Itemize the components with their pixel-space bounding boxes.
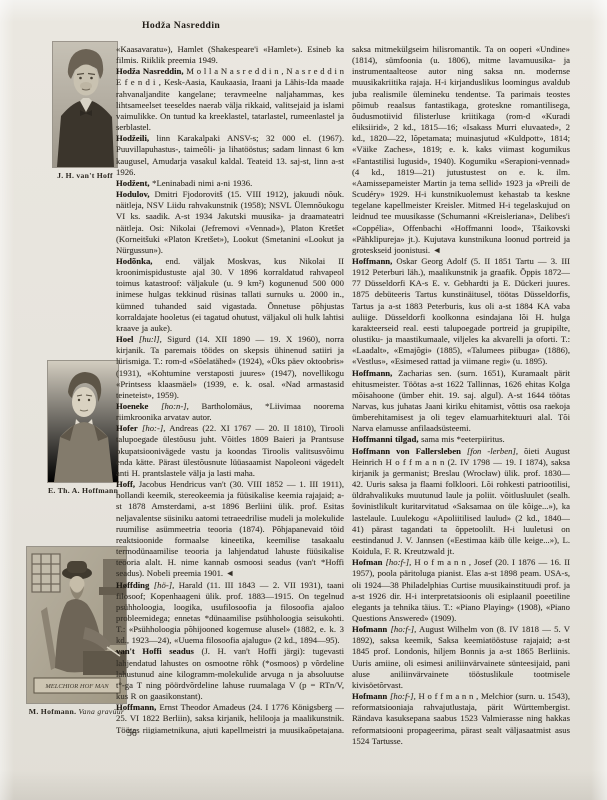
portrait-engraving-eta-hoffmann-image	[48, 361, 118, 482]
figure-caption-van-t-hoff: J. H. van't Hoff	[53, 171, 117, 180]
entry-headword: van't Hoffi seadus	[116, 646, 194, 656]
entry-body: «Kaasavaratu»), Hamlet (Shakespeare'i «H…	[116, 44, 344, 65]
entry-headword: Høffding	[116, 580, 149, 590]
entry-vant-hoffi-seadus: van't Hoffi seadus (J. H. van't Hoffi jä…	[116, 646, 344, 702]
entry-headword: Hodõnka,	[116, 256, 152, 266]
text-column-1: «Kaasavaratu»), Hamlet (Shakespeare'i «H…	[116, 44, 344, 734]
entry-hodza-nasreddin: Hodža Nasreddin, M o l l a N a s r e d d…	[116, 66, 344, 133]
caption-text: E. Th. A. Hoffmann	[48, 486, 118, 495]
entry-headword: Hoffmanni tilgad,	[352, 434, 419, 444]
entry-headword: Hoel	[116, 334, 133, 344]
entry-headword: Hodžeili,	[116, 133, 149, 143]
entry-headword: Hodulov,	[116, 189, 150, 199]
entry-headword: Hoff,	[116, 479, 135, 489]
entry-headword: Hofman	[352, 557, 382, 567]
entry-pron: [ho:f-],	[387, 624, 416, 634]
entry-headword: Hoffmann,	[116, 702, 156, 712]
entry-body: end. väljak Moskvas, kus Nikolai II kroo…	[116, 256, 344, 333]
entry-hoffmann-eta: Hoffmann, Ernst Theodor Amadeus (24. I 1…	[116, 702, 344, 734]
portrait-photo-van-t-hoff-image	[53, 42, 117, 167]
entry-body: Oskar Georg Adolf (5. II 1851 Tartu — 3.…	[352, 256, 570, 366]
entry-pron: [ho:f-],	[387, 691, 416, 701]
entry-pron: [hö-],	[149, 580, 174, 590]
entry-body: õieti August Heinrich H o f f m a n n (2…	[352, 446, 570, 556]
entry-hoffmann-von-fallersleben: Hoffmann von Fallersleben [fon -lerben],…	[352, 446, 570, 558]
entry-headword: Hoeneke	[116, 401, 148, 411]
running-header: Hodža Nasreddin	[142, 20, 220, 31]
entry-body: linn Karakalpaki ANSV-s; 32 000 el. (196…	[116, 133, 344, 176]
entry-headword: Hofmann	[352, 624, 387, 634]
entry-hoffmanni-tilgad: Hoffmanni tilgad, sama mis *eeterpiiritu…	[352, 434, 570, 445]
entry-hoffmann-eta-continued: saksa mitmekülgseim hilisromantik. Ta on…	[352, 44, 570, 256]
entry-body: Dmitri Fjodorovitš (15. VIII 1912), jaku…	[116, 189, 344, 255]
engraving-banner-text: MELCHIOR HOF MAN	[44, 683, 109, 690]
encyclopedia-page: Hodža Nasreddin J. H. van't Hoff	[0, 0, 607, 800]
entry-hodzeili: Hodžeili, linn Karakalpaki ANSV-s; 32 00…	[116, 133, 344, 178]
entry-headword: Hodžent,	[116, 178, 150, 188]
entry-pron: [hu:l],	[133, 334, 161, 344]
entry-pron: [ho:f-],	[382, 557, 411, 567]
figure-eta-hoffmann: E. Th. A. Hoffmann	[48, 361, 118, 495]
entry-headword: Hoffmann von Fallersleben	[352, 446, 461, 456]
entry-pron: [fon -lerben],	[461, 446, 518, 456]
entry-body: Jacobus Hendricus van't (30. VIII 1852 —…	[116, 479, 344, 578]
entry-headword: Hofmann	[352, 691, 387, 701]
caption-name: M. Hofmann.	[29, 707, 77, 716]
entry-hofmann-august-wilhelm: Hofmann [ho:f-], August Wilhelm von (8. …	[352, 624, 570, 691]
entry-hoffding: Høffding [hö-], Harald (11. III 1843 — 2…	[116, 580, 344, 647]
entry-pron: [ho:-],	[138, 423, 166, 433]
figure-van-t-hoff: J. H. van't Hoff	[53, 42, 117, 180]
entry-hoffmann-oskar: Hoffmann, Oskar Georg Adolf (5. II 1851 …	[352, 256, 570, 368]
figure-m-hofmann: MELCHIOR HOF MAN M. Hofmann. Vana gravüü…	[27, 547, 126, 716]
entry-body: saksa mitmekülgseim hilisromantik. Ta on…	[352, 44, 570, 255]
entry-hodzent: Hodžent, *Leninabadi nimi a-ni 1936.	[116, 178, 344, 189]
caption-text: J. H. van't Hoff	[57, 171, 113, 180]
entry-hoel: Hoel [hu:l], Sigurd (14. XII 1890 — 19. …	[116, 334, 344, 401]
entry-hoff-van-t: Hoff, Jacobus Hendricus van't (30. VIII …	[116, 479, 344, 579]
entry-headword: Hoffmann,	[352, 256, 392, 266]
text-column-2: saksa mitmekülgseim hilisromantik. Ta on…	[352, 44, 570, 752]
entry-hofer: Hofer [ho:-], Andreas (22. XI 1767 — 20.…	[116, 423, 344, 479]
entry-body: *Leninabadi nimi a-ni 1936.	[150, 178, 253, 188]
entry-headword: Hodža Nasreddin,	[116, 66, 184, 76]
entry-hodonka: Hodõnka, end. väljak Moskvas, kus Nikola…	[116, 256, 344, 334]
entry-body: sama mis *eeterpiiritus.	[419, 434, 505, 444]
entry-pron: [ho:n-],	[148, 401, 188, 411]
portrait-engraving-m-hofmann-image: MELCHIOR HOF MAN	[27, 547, 126, 703]
entry-hofman-josef: Hofman [ho:f-], H o f m a n n , Josef (2…	[352, 557, 570, 624]
figure-caption-eta-hoffmann: E. Th. A. Hoffmann	[48, 486, 118, 495]
entry-headword: Hofer	[116, 423, 138, 433]
entry-hoeneke: Hoeneke [ho:n-], Bartholomäus, *Liivimaa…	[116, 401, 344, 423]
page-number: 56	[127, 728, 137, 739]
entry-hodulov: Hodulov, Dmitri Fjodorovitš (15. VIII 19…	[116, 189, 344, 256]
entry-continued-from-previous-page: «Kaasavaratu»), Hamlet (Shakespeare'i «H…	[116, 44, 344, 66]
entry-hofmann-melchior: Hofmann [ho:f-], H o f f m a n n , Melch…	[352, 691, 570, 747]
entry-hoffmann-zacharias: Hoffmann, Zacharias sen. (surn. 1651), K…	[352, 368, 570, 435]
entry-headword: Hoffmann,	[352, 368, 392, 378]
